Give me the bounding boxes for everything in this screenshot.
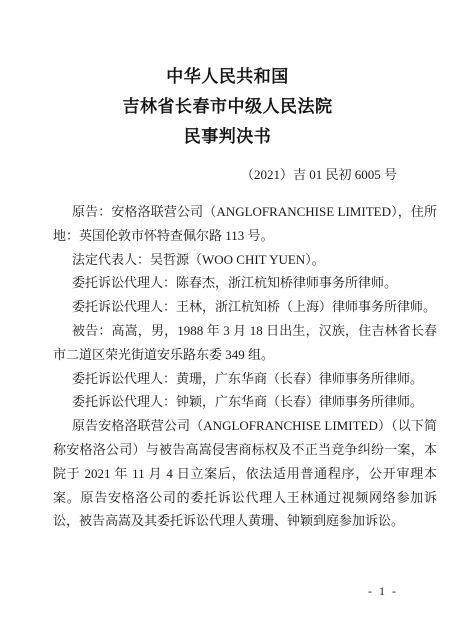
case-number: （2021）吉 01 民初 6005 号 (0, 166, 397, 184)
paragraph-defendant-attorney-1: 委托诉讼代理人：黄珊，广东华商（长春）律师事务所律师。 (53, 367, 437, 391)
paragraph-case-summary: 原告安格洛联营公司（ANGLOFRANCHISE LIMITED）（以下简称安格… (53, 414, 437, 533)
document-header: 中华人民共和国 吉林省长春市中级人民法院 民事判决书 (0, 0, 455, 152)
document-body: 原告：安格洛联营公司（ANGLOFRANCHISE LIMITED），住所地：英… (53, 200, 437, 533)
header-court-name: 吉林省长春市中级人民法院 (0, 92, 455, 122)
paragraph-legal-representative: 法定代表人：吴哲源（WOO CHIT YUEN）。 (53, 248, 437, 272)
header-country-line: 中华人民共和国 (0, 62, 455, 92)
paragraph-plaintiff-attorney-2: 委托诉讼代理人：王林，浙江杭知桥（上海）律师事务所律师。 (53, 295, 437, 319)
paragraph-defendant: 被告：高嵩，男，1988 年 3 月 18 日出生，汉族，住吉林省长春市二道区荣… (53, 319, 437, 367)
paragraph-defendant-attorney-2: 委托诉讼代理人：钟颖，广东华商（长春）律师事务所律师。 (53, 390, 437, 414)
paragraph-plaintiff-attorney-1: 委托诉讼代理人：陈春杰，浙江杭知桥律师事务所律师。 (53, 271, 437, 295)
page-number: - 1 - (368, 584, 398, 599)
paragraph-plaintiff: 原告：安格洛联营公司（ANGLOFRANCHISE LIMITED），住所地：英… (53, 200, 437, 248)
judgment-document-page: 中华人民共和国 吉林省长春市中级人民法院 民事判决书 （2021）吉 01 民初… (0, 0, 455, 623)
header-doc-type: 民事判决书 (0, 122, 455, 152)
